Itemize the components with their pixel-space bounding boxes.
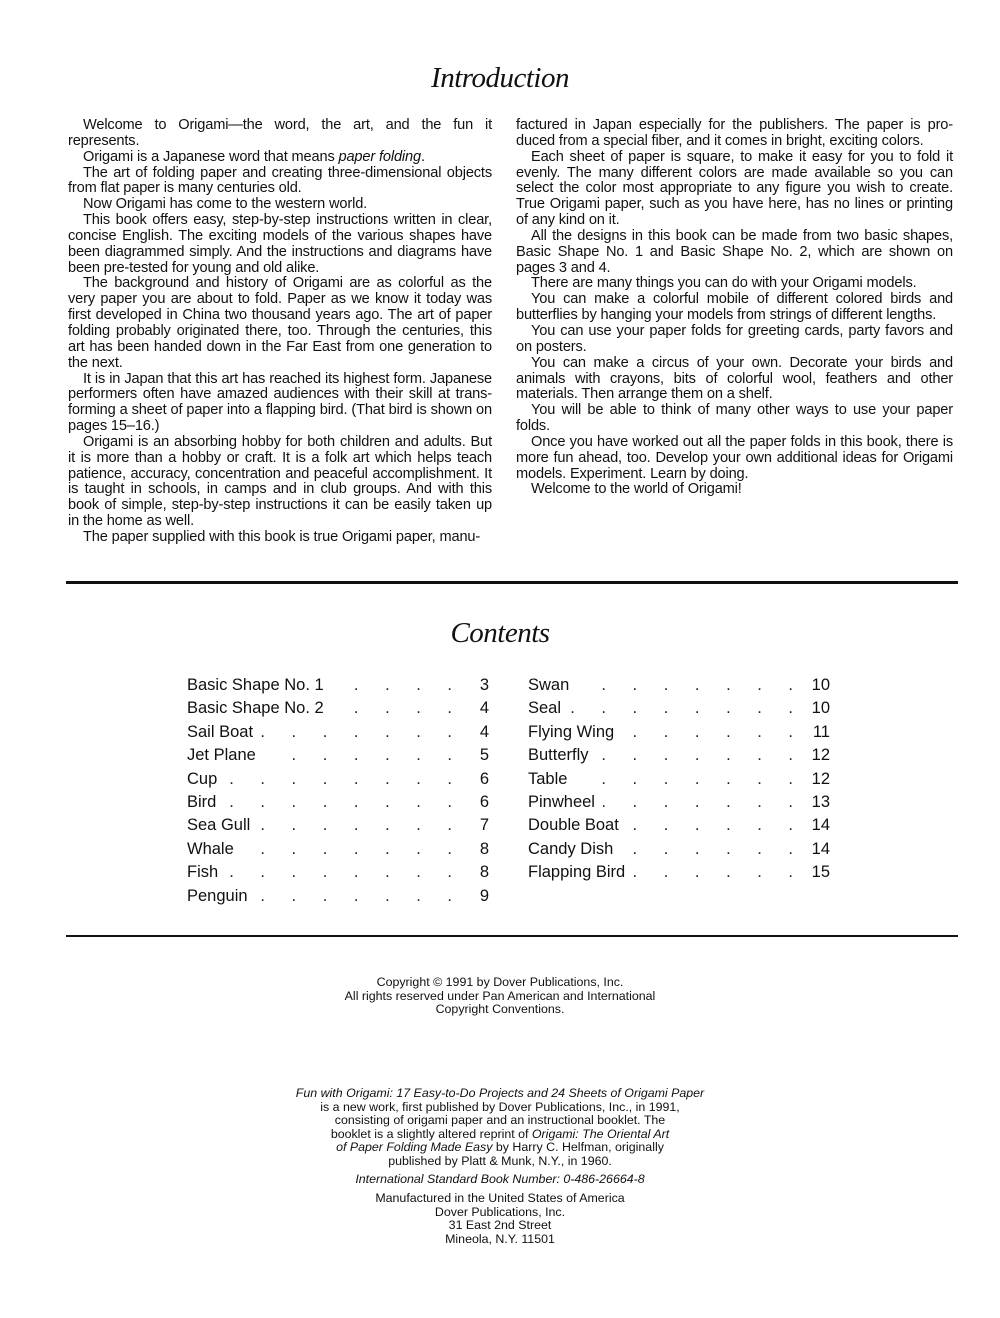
toc-entry: Basic Shape No. 1. . . . . . . . . . . .… bbox=[187, 674, 489, 697]
toc-page-number: 14 bbox=[810, 814, 830, 837]
toc-leader-dots: . . . . . . . . . . . . . . . . . . . . … bbox=[264, 744, 463, 767]
toc-entry: Flying Wing. . . . . . . . . . . . . . .… bbox=[528, 721, 830, 744]
toc-leader-dots: . . . . . . . . . . . . . . . . . . . . … bbox=[256, 885, 463, 908]
address-line: Manufactured in the United States of Ame… bbox=[0, 1192, 1000, 1206]
intro-paragraph: You can make a circus of your own. Decor… bbox=[516, 356, 953, 404]
toc-page-number: 8 bbox=[469, 861, 489, 884]
toc-entry-title: Fish bbox=[187, 861, 218, 884]
toc-leader-dots: . . . . . . . . . . . . . . . . . . . . … bbox=[577, 674, 804, 697]
toc-leader-dots: . . . . . . . . . . . . . . . . . . . . … bbox=[261, 721, 463, 744]
publication-text: by Harry C. Helfman, originally bbox=[492, 1140, 663, 1154]
toc-entry-title: Pinwheel bbox=[528, 791, 595, 814]
introduction-left-column: Welcome to Origami—the word, the art, an… bbox=[68, 118, 492, 546]
toc-entry: Basic Shape No. 2. . . . . . . . . . . .… bbox=[187, 697, 489, 720]
address-line: 31 East 2nd Street bbox=[0, 1219, 1000, 1233]
publication-line: is a new work, first published by Dover … bbox=[0, 1101, 1000, 1115]
toc-page-number: 12 bbox=[810, 744, 830, 767]
toc-leader-dots: . . . . . . . . . . . . . . . . . . . . … bbox=[242, 838, 463, 861]
toc-page-number: 15 bbox=[810, 861, 830, 884]
toc-entry-title: Table bbox=[528, 768, 567, 791]
toc-entry-title: Basic Shape No. 2 bbox=[187, 697, 324, 720]
contents-heading: Contents bbox=[0, 617, 1000, 650]
intro-text: Origami is a Japanese word that means bbox=[83, 149, 339, 165]
toc-entry: Butterfly. . . . . . . . . . . . . . . .… bbox=[528, 744, 830, 767]
intro-paragraph: The paper supplied with this book is tru… bbox=[68, 530, 492, 546]
toc-page-number: 8 bbox=[469, 838, 489, 861]
intro-paragraph: Origami is a Japanese word that means pa… bbox=[68, 150, 492, 166]
intro-paragraph: Origami is an absorbing hobby for both c… bbox=[68, 435, 492, 530]
contents-left-column: Basic Shape No. 1. . . . . . . . . . . .… bbox=[187, 674, 489, 908]
toc-entry: Penguin. . . . . . . . . . . . . . . . .… bbox=[187, 885, 489, 908]
copyright-line: All rights reserved under Pan American a… bbox=[0, 990, 1000, 1004]
toc-entry-title: Swan bbox=[528, 674, 569, 697]
toc-page-number: 14 bbox=[810, 838, 830, 861]
introduction-heading: Introduction bbox=[0, 62, 1000, 95]
toc-leader-dots: . . . . . . . . . . . . . . . . . . . . … bbox=[622, 721, 804, 744]
introduction-right-column: factured in Japan especially for the pub… bbox=[516, 118, 953, 498]
toc-page-number: 7 bbox=[469, 814, 489, 837]
toc-page-number: 4 bbox=[469, 721, 489, 744]
address-line: Dover Publications, Inc. bbox=[0, 1206, 1000, 1220]
intro-paragraph: The background and history of Origami ar… bbox=[68, 276, 492, 371]
toc-leader-dots: . . . . . . . . . . . . . . . . . . . . … bbox=[603, 791, 804, 814]
toc-entry-title: Flying Wing bbox=[528, 721, 614, 744]
toc-entry-title: Sea Gull bbox=[187, 814, 250, 837]
toc-leader-dots: . . . . . . . . . . . . . . . . . . . . … bbox=[332, 697, 463, 720]
copyright-line: Copyright © 1991 by Dover Publications, … bbox=[0, 976, 1000, 990]
address-line: Mineola, N.Y. 11501 bbox=[0, 1233, 1000, 1247]
toc-page-number: 4 bbox=[469, 697, 489, 720]
toc-page-number: 11 bbox=[810, 721, 830, 744]
toc-entry-title: Basic Shape No. 1 bbox=[187, 674, 324, 697]
toc-leader-dots: . . . . . . . . . . . . . . . . . . . . … bbox=[569, 697, 804, 720]
intro-paragraph: You will be able to think of many other … bbox=[516, 403, 953, 435]
toc-leader-dots: . . . . . . . . . . . . . . . . . . . . … bbox=[226, 861, 463, 884]
toc-entry: Sea Gull. . . . . . . . . . . . . . . . … bbox=[187, 814, 489, 837]
publication-line: of Paper Folding Made Easy by Harry C. H… bbox=[0, 1141, 1000, 1155]
toc-page-number: 9 bbox=[469, 885, 489, 908]
publication-line: consisting of origami paper and an instr… bbox=[0, 1114, 1000, 1128]
intro-paragraph: You can make a colorful mobile of differ… bbox=[516, 292, 953, 324]
toc-entry: Seal. . . . . . . . . . . . . . . . . . … bbox=[528, 697, 830, 720]
toc-entry: Whale. . . . . . . . . . . . . . . . . .… bbox=[187, 838, 489, 861]
contents-right-column: Swan. . . . . . . . . . . . . . . . . . … bbox=[528, 674, 830, 885]
publisher-address: Manufactured in the United States of Ame… bbox=[0, 1192, 1000, 1246]
toc-entry: Cup. . . . . . . . . . . . . . . . . . .… bbox=[187, 768, 489, 791]
toc-entry-title: Butterfly bbox=[528, 744, 589, 767]
section-divider bbox=[66, 935, 958, 937]
toc-entry: Sail Boat. . . . . . . . . . . . . . . .… bbox=[187, 721, 489, 744]
intro-paragraph: The art of folding paper and creating th… bbox=[68, 166, 492, 198]
toc-leader-dots: . . . . . . . . . . . . . . . . . . . . … bbox=[575, 768, 804, 791]
intro-paragraph: You can use your paper folds for greetin… bbox=[516, 324, 953, 356]
intro-text: . bbox=[421, 149, 425, 165]
publication-line: booklet is a slightly altered reprint of… bbox=[0, 1128, 1000, 1142]
toc-entry-title: Flapping Bird bbox=[528, 861, 625, 884]
intro-paragraph: Welcome to Origami—the word, the art, an… bbox=[68, 118, 492, 150]
intro-paragraph: There are many things you can do with yo… bbox=[516, 276, 953, 292]
toc-entry-title: Double Boat bbox=[528, 814, 619, 837]
copyright-notice: Copyright © 1991 by Dover Publications, … bbox=[0, 976, 1000, 1017]
toc-leader-dots: . . . . . . . . . . . . . . . . . . . . … bbox=[258, 814, 463, 837]
toc-entry-title: Cup bbox=[187, 768, 217, 791]
intro-paragraph: All the designs in this book can be made… bbox=[516, 229, 953, 277]
intro-emphasis: paper folding bbox=[339, 149, 421, 165]
intro-paragraph: Each sheet of paper is square, to make i… bbox=[516, 150, 953, 229]
toc-page-number: 6 bbox=[469, 768, 489, 791]
intro-paragraph: factured in Japan especially for the pub… bbox=[516, 118, 953, 150]
toc-entry: Flapping Bird. . . . . . . . . . . . . .… bbox=[528, 861, 830, 884]
intro-paragraph: Welcome to the world of Origami! bbox=[516, 482, 953, 498]
toc-entry: Table. . . . . . . . . . . . . . . . . .… bbox=[528, 768, 830, 791]
toc-entry: Pinwheel. . . . . . . . . . . . . . . . … bbox=[528, 791, 830, 814]
toc-entry: Candy Dish. . . . . . . . . . . . . . . … bbox=[528, 838, 830, 861]
toc-entry: Fish. . . . . . . . . . . . . . . . . . … bbox=[187, 861, 489, 884]
toc-page-number: 10 bbox=[810, 674, 830, 697]
book-title: Fun with Origami: 17 Easy-to-Do Projects… bbox=[0, 1087, 1000, 1101]
toc-leader-dots: . . . . . . . . . . . . . . . . . . . . … bbox=[621, 838, 804, 861]
toc-page-number: 13 bbox=[810, 791, 830, 814]
toc-leader-dots: . . . . . . . . . . . . . . . . . . . . … bbox=[627, 814, 804, 837]
publication-line: published by Platt & Munk, N.Y., in 1960… bbox=[0, 1155, 1000, 1169]
intro-paragraph: Now Origami has come to the western worl… bbox=[68, 197, 492, 213]
publication-note: Fun with Origami: 17 Easy-to-Do Projects… bbox=[0, 1087, 1000, 1169]
copyright-line: Copyright Conventions. bbox=[0, 1003, 1000, 1017]
toc-entry-title: Penguin bbox=[187, 885, 248, 908]
toc-entry: Bird. . . . . . . . . . . . . . . . . . … bbox=[187, 791, 489, 814]
toc-page-number: 12 bbox=[810, 768, 830, 791]
toc-entry-title: Whale bbox=[187, 838, 234, 861]
toc-entry-title: Sail Boat bbox=[187, 721, 253, 744]
original-title: of Paper Folding Made Easy bbox=[336, 1140, 492, 1154]
toc-entry-title: Seal bbox=[528, 697, 561, 720]
toc-entry: Swan. . . . . . . . . . . . . . . . . . … bbox=[528, 674, 830, 697]
isbn: International Standard Book Number: 0-48… bbox=[0, 1173, 1000, 1187]
toc-leader-dots: . . . . . . . . . . . . . . . . . . . . … bbox=[597, 744, 804, 767]
toc-entry-title: Bird bbox=[187, 791, 216, 814]
intro-paragraph: It is in Japan that this art has reached… bbox=[68, 372, 492, 435]
toc-page-number: 5 bbox=[469, 744, 489, 767]
toc-entry-title: Candy Dish bbox=[528, 838, 613, 861]
toc-entry-title: Jet Plane bbox=[187, 744, 256, 767]
intro-paragraph: Once you have worked out all the paper f… bbox=[516, 435, 953, 483]
toc-page-number: 10 bbox=[810, 697, 830, 720]
original-title: Origami: The Oriental Art bbox=[532, 1127, 669, 1141]
toc-leader-dots: . . . . . . . . . . . . . . . . . . . . … bbox=[332, 674, 463, 697]
toc-entry: Jet Plane. . . . . . . . . . . . . . . .… bbox=[187, 744, 489, 767]
toc-page-number: 6 bbox=[469, 791, 489, 814]
toc-page-number: 3 bbox=[469, 674, 489, 697]
section-divider bbox=[66, 581, 958, 584]
toc-entry: Double Boat. . . . . . . . . . . . . . .… bbox=[528, 814, 830, 837]
toc-leader-dots: . . . . . . . . . . . . . . . . . . . . … bbox=[633, 861, 804, 884]
toc-leader-dots: . . . . . . . . . . . . . . . . . . . . … bbox=[225, 768, 463, 791]
publication-text: booklet is a slightly altered reprint of bbox=[331, 1127, 532, 1141]
toc-leader-dots: . . . . . . . . . . . . . . . . . . . . … bbox=[224, 791, 463, 814]
intro-paragraph: This book offers easy, step-by-step inst… bbox=[68, 213, 492, 276]
